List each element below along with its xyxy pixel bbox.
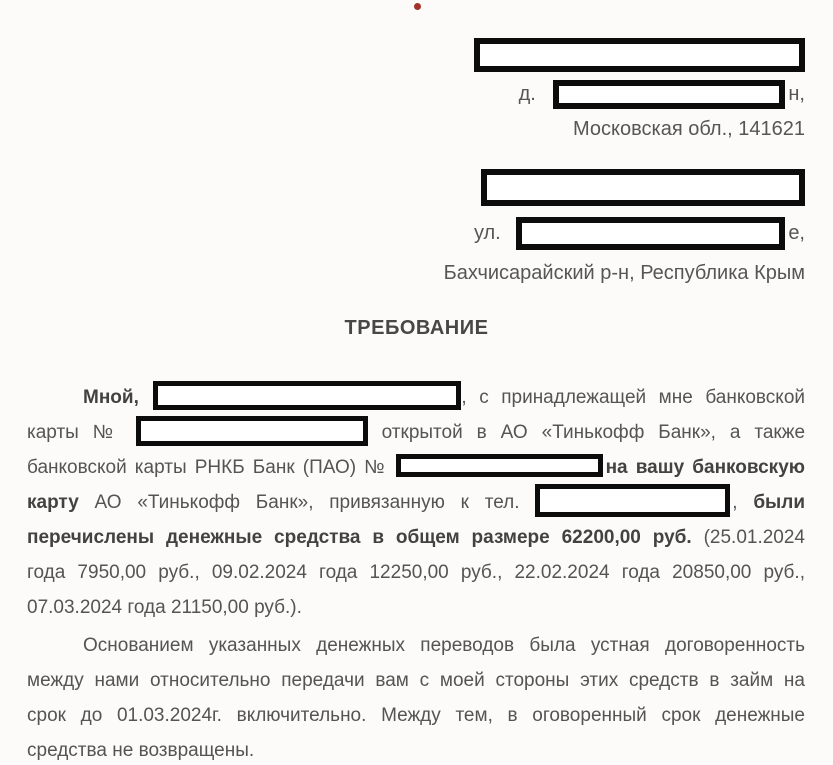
body-line: Мной, , с принадлежащей мне банковской bbox=[27, 380, 805, 415]
redaction-box bbox=[553, 80, 785, 109]
body-line: карты № открытой в АО «Тинькофф Банк», а… bbox=[27, 415, 805, 450]
body-line: между нами относительно передачи вам с м… bbox=[27, 663, 805, 698]
redaction-box bbox=[481, 169, 805, 206]
sender-street-line: ул. е, bbox=[444, 215, 805, 251]
body-text: года 7950,00 руб., 09.02.2024 года 12250… bbox=[27, 562, 805, 583]
redaction-box bbox=[516, 217, 785, 250]
body-line: средства не возвращены. bbox=[27, 733, 805, 765]
body-text: срок до 01.03.2024г. включительно. Между… bbox=[27, 705, 805, 726]
body-line: года 7950,00 руб., 09.02.2024 года 12250… bbox=[27, 555, 805, 590]
redaction-box bbox=[474, 38, 805, 72]
body-bold-text: Мной, bbox=[83, 387, 139, 408]
redaction-box bbox=[396, 454, 603, 477]
street-prefix: ул. bbox=[474, 222, 501, 244]
red-dot-mark bbox=[414, 3, 421, 10]
body-bold-text: карту bbox=[27, 492, 79, 513]
body-text: средства не возвращены. bbox=[27, 740, 254, 761]
body-text: , с принадлежащей мне банковской bbox=[461, 387, 805, 408]
body-text: АО «Тинькофф Банк», привязанную к тел. bbox=[95, 492, 520, 513]
redaction-box bbox=[136, 416, 368, 446]
body-text: между нами относительно передачи вам с м… bbox=[27, 670, 805, 691]
document-body: Мной, , с принадлежащей мне банковской к… bbox=[27, 380, 805, 765]
body-text: открытой в АО «Тинькофф Банк», а также bbox=[382, 422, 805, 443]
recipient-house-line: д. н, bbox=[474, 77, 805, 111]
body-line: банковской карты РНКБ Банк (ПАО) № на ва… bbox=[27, 450, 805, 485]
body-line: Основанием указанных денежных переводов … bbox=[27, 628, 805, 663]
body-text: (25.01.2024 bbox=[704, 527, 805, 548]
redaction-box bbox=[535, 484, 730, 517]
recipient-region-line: Московская обл., 141621 bbox=[474, 115, 805, 143]
body-line: срок до 01.03.2024г. включительно. Между… bbox=[27, 698, 805, 733]
sender-region-line: Бахчисарайский р-н, Республика Крым bbox=[444, 255, 805, 291]
body-text: 07.03.2024 года 21150,00 руб.). bbox=[27, 597, 302, 618]
body-line: перечислены денежные средства в общем ра… bbox=[27, 520, 805, 555]
street-suffix: е, bbox=[788, 222, 805, 244]
body-bold-text: были bbox=[753, 492, 805, 513]
body-text: карты № bbox=[27, 422, 122, 443]
body-text: банковской карты РНКБ Банк (ПАО) № bbox=[27, 457, 387, 478]
document-title: ТРЕБОВАНИЕ bbox=[0, 317, 833, 340]
house-prefix: д. bbox=[519, 83, 536, 105]
body-text: , bbox=[732, 492, 737, 513]
recipient-address-block: д. н, Московская обл., 141621 bbox=[474, 38, 805, 143]
sender-address-block: ул. е, Бахчисарайский р-н, Республика Кр… bbox=[444, 169, 805, 291]
redaction-box bbox=[153, 381, 461, 410]
body-line: 07.03.2024 года 21150,00 руб.). bbox=[27, 590, 805, 625]
body-text: Основанием указанных денежных переводов … bbox=[83, 635, 805, 656]
body-line: карту АО «Тинькофф Банк», привязанную к … bbox=[27, 485, 805, 520]
document-page: д. н, Московская обл., 141621 ул. е, Бах… bbox=[0, 0, 833, 765]
house-suffix: н, bbox=[788, 83, 805, 105]
body-bold-text: перечислены денежные средства в общем ра… bbox=[27, 527, 692, 548]
body-bold-text: на вашу банковскую bbox=[606, 457, 805, 478]
